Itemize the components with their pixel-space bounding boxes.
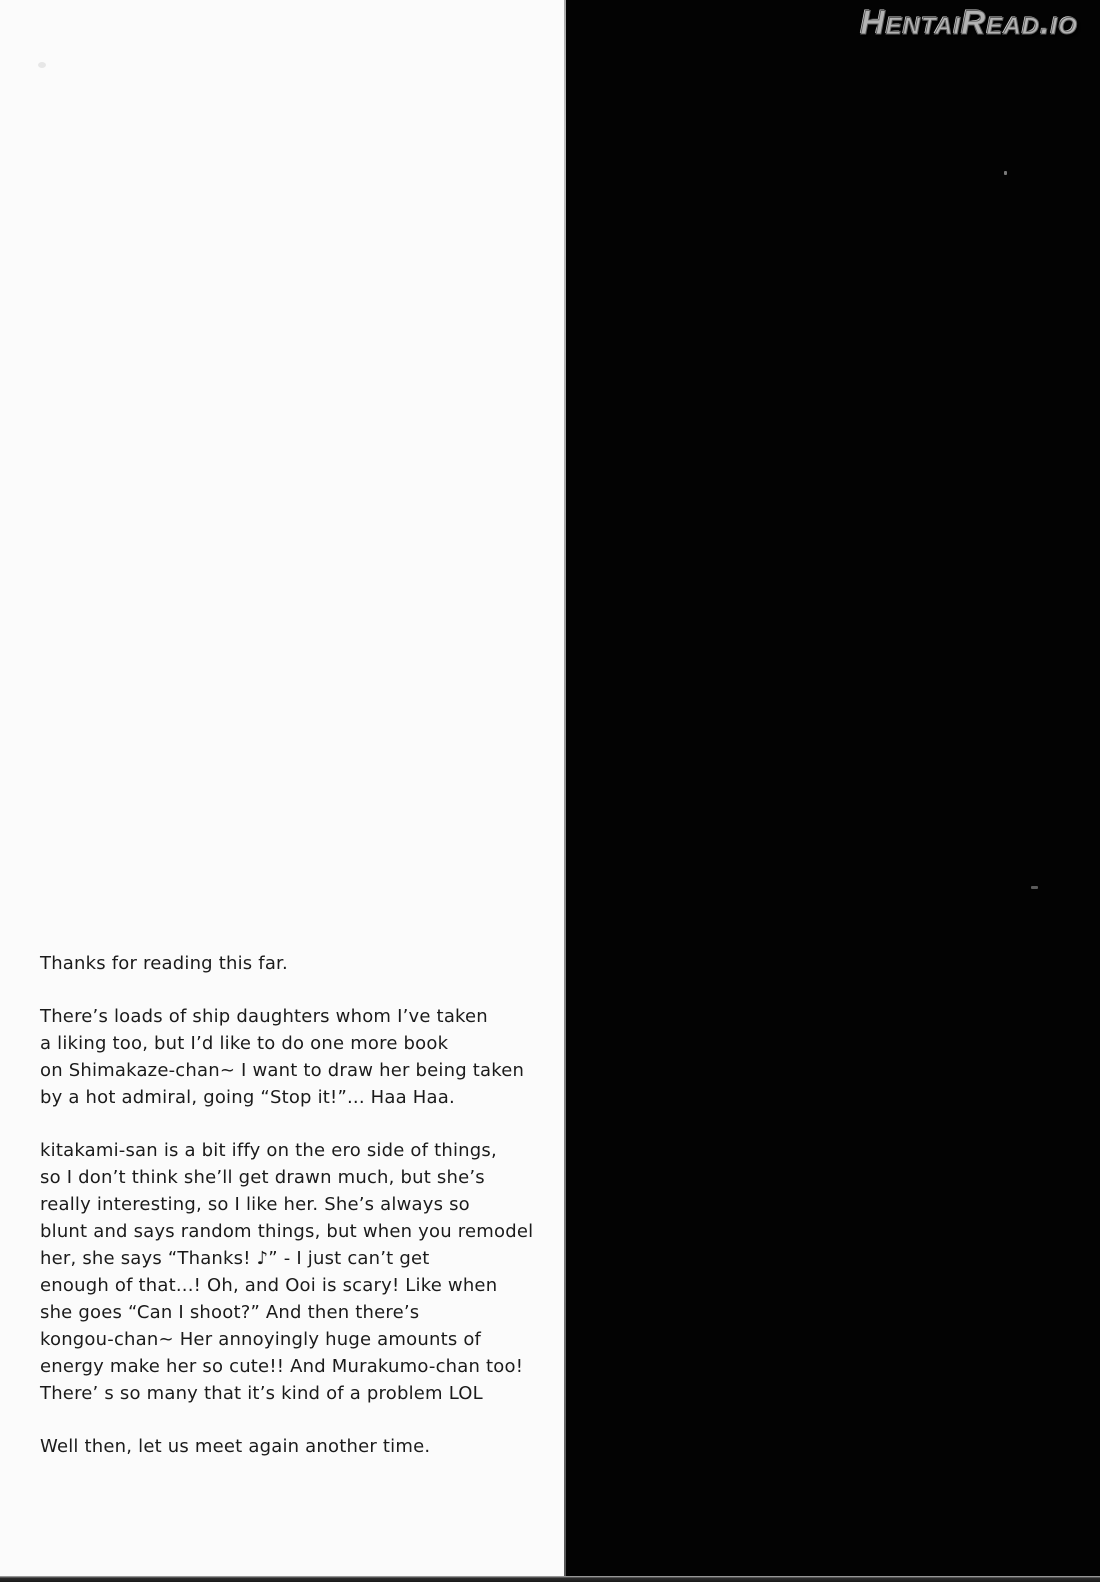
manga-afterword-page: HentaiRead.io Thanks for reading this fa…	[0, 0, 1100, 1582]
afterword-paragraph: kitakami-san is a bit iffy on the ero si…	[40, 1137, 565, 1407]
bottom-scan-strip	[0, 1576, 1100, 1582]
scan-artifact-speck	[38, 62, 46, 68]
scan-artifact-speck	[1004, 171, 1007, 175]
scan-artifact-speck	[1031, 886, 1038, 889]
afterword-paragraph: Thanks for reading this far.	[40, 950, 565, 977]
afterword-paragraph: Well then, let us meet again another tim…	[40, 1433, 565, 1460]
afterword-text-block: Thanks for reading this far. There’s loa…	[40, 950, 565, 1486]
afterword-paragraph: There’s loads of ship daughters whom I’v…	[40, 1003, 565, 1111]
black-margin-area	[566, 0, 1100, 1582]
site-logo-watermark: HentaiRead.io	[860, 4, 1078, 42]
